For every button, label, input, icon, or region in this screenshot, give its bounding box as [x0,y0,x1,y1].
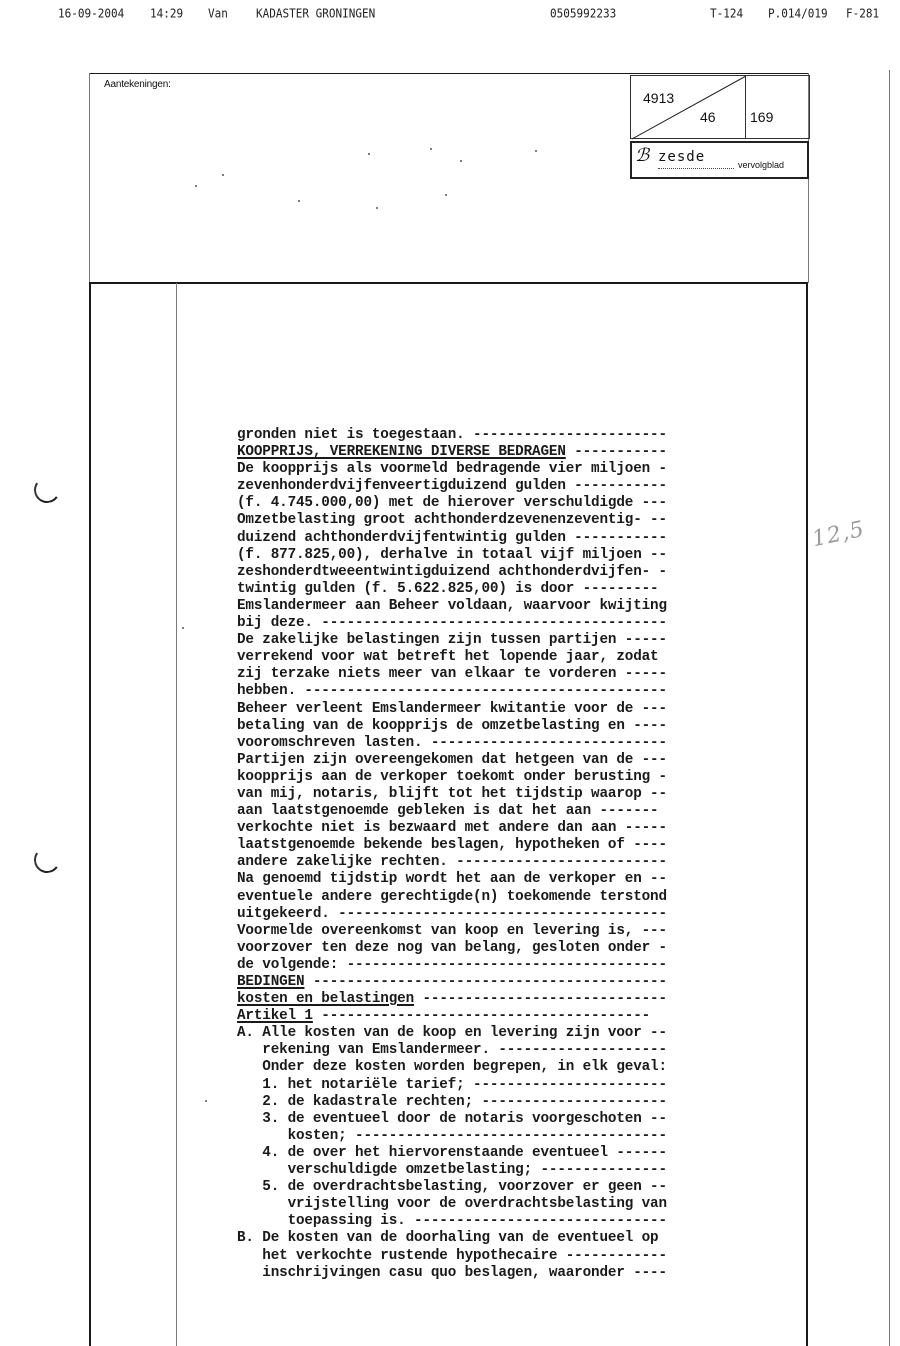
body-line: 3. de eventueel door de notaris voorgesc… [237,1111,767,1128]
body-line: Emslandermeer aan Beheer voldaan, waarvo… [237,598,767,615]
body-line: Omzetbelasting groot achthonderdzevenenz… [237,512,767,529]
fax-from-label: Van [208,6,228,21]
body-line: de volgende: ---------------------------… [237,957,767,974]
line-text: Na genoemd tijdstip wordt het aan de ver… [237,871,667,887]
body-line: verschuldigde omzetbelasting; ----------… [237,1162,767,1179]
sheet-suffix: vervolgblad [738,160,784,170]
body-line: van mij, notaris, blijft tot het tijdsti… [237,786,767,803]
line-text: Partijen zijn overeengekomen dat hetgeen… [237,752,667,768]
section-heading-line: KOOPPRIJS, VERREKENING DIVERSE BEDRAGEN … [237,444,767,461]
body-line: betaling van de koopprijs de omzetbelast… [237,718,767,735]
line-text: hebben. --------------------------------… [237,683,667,699]
fax-date: 16-09-2004 [58,6,124,21]
section-heading-line: BEDINGEN -------------------------------… [237,974,767,991]
scan-speckle [205,1100,207,1102]
body-line: B. De kosten van de doorhaling van de ev… [237,1230,767,1247]
fax-transmission-id: T-124 [710,6,743,21]
body-line: toepassing is. -------------------------… [237,1213,767,1230]
body-line: kosten; --------------------------------… [237,1128,767,1145]
deed-body-text: gronden niet is toegestaan. ------------… [237,427,767,1282]
body-line: verkochte niet is bezwaard met andere da… [237,820,767,837]
reference-box: 4913 46 169 ℬ zesde vervolgblad [630,75,810,179]
scan-speckle [430,148,432,150]
body-line: zij terzake niets meer van elkaar te vor… [237,666,767,683]
line-text: 2. de kadastrale rechten; --------------… [237,1094,667,1110]
fax-phone: 0505992233 [550,6,616,21]
line-text: duizend achthonderdvijfentwintig gulden … [237,530,667,546]
body-line: (f. 4.745.000,00) met de hierover versch… [237,495,767,512]
sheet-ordinal: zesde [658,149,705,165]
initials-mark: ℬ [635,145,649,166]
body-line: andere zakelijke rechten. --------------… [237,854,767,871]
body-line: Partijen zijn overeengekomen dat hetgeen… [237,752,767,769]
line-text: ----------------------------- [414,991,667,1007]
handwritten-margin-note: 12,5 [810,517,867,552]
body-line: zevenhonderdvijfenveertigduizend gulden … [237,478,767,495]
register-index-number: 169 [750,109,773,125]
register-number: 4913 [643,90,674,106]
body-line: 4. de over het hiervorenstaande eventuee… [237,1145,767,1162]
number-cell [746,75,810,139]
fax-page: P.014/019 [768,6,828,21]
line-text: (f. 4.745.000,00) met de hierover versch… [237,495,667,511]
line-text: kosten; --------------------------------… [237,1128,667,1144]
scan-speckle [368,153,370,155]
body-line: De zakelijke belastingen zijn tussen par… [237,632,767,649]
line-text: verrekend voor wat betreft het lopende j… [237,649,658,665]
punch-hole-mark [32,845,62,875]
body-line: laatstgenoemde bekende beslagen, hypothe… [237,837,767,854]
line-text: toepassing is. -------------------------… [237,1213,667,1229]
line-text: 4. de over het hiervorenstaande eventuee… [237,1145,667,1161]
fax-sender: KADASTER GRONINGEN [256,6,375,21]
fax-header: 16-09-2004 14:29 Van KADASTER GRONINGEN … [0,6,900,27]
line-text: (f. 877.825,00), derhalve in totaal vijf… [237,547,667,563]
body-line: 2. de kadastrale rechten; --------------… [237,1094,767,1111]
body-line: hebben. --------------------------------… [237,683,767,700]
frame-right-line [806,283,808,1346]
body-line: Onder deze kosten worden begrepen, in el… [237,1059,767,1076]
line-text: voorzover ten deze nog van belang, geslo… [237,940,667,956]
body-line: 5. de overdrachtsbelasting, voorzover er… [237,1179,767,1196]
body-line: verrekend voor wat betreft het lopende j… [237,649,767,666]
body-line: voorzover ten deze nog van belang, geslo… [237,940,767,957]
line-text: de volgende: ---------------------------… [237,957,667,973]
line-text: Emslandermeer aan Beheer voldaan, waarvo… [237,598,667,614]
line-text: Omzetbelasting groot achthonderdzevenenz… [237,512,667,528]
section-heading-line: kosten en belastingen ------------------… [237,991,767,1008]
body-line: duizend achthonderdvijfentwintig gulden … [237,530,767,547]
punch-hole-mark [32,475,62,505]
frame-left-thick-line [89,283,91,1346]
scan-speckle [222,174,224,176]
scan-speckle [195,185,197,187]
body-line: twintig gulden (f. 5.622.825,00) is door… [237,581,767,598]
line-text: verschuldigde omzetbelasting; ----------… [237,1162,667,1178]
body-line: koopprijs aan de verkoper toekomt onder … [237,769,767,786]
fax-time: 14:29 [150,6,183,21]
line-text: De koopprijs als voormeld bedragende vie… [237,461,667,477]
line-text: van mij, notaris, blijft tot het tijdsti… [237,786,667,802]
line-text: A. Alle kosten van de koop en levering z… [237,1025,667,1041]
body-line: vooromschreven lasten. -----------------… [237,735,767,752]
line-text: ----------------------------------------… [304,974,666,990]
underlined-heading: KOOPPRIJS, VERREKENING DIVERSE BEDRAGEN [237,444,566,460]
line-text: bij deze. ------------------------------… [237,615,667,631]
frame-top-line [89,73,809,74]
body-line: Voormelde overeenkomst van koop en lever… [237,923,767,940]
scan-speckle [376,207,378,209]
underlined-heading: kosten en belastingen [237,991,414,1007]
underlined-heading: BEDINGEN [237,974,304,990]
line-text: Voormelde overeenkomst van koop en lever… [237,923,667,939]
scan-speckle [182,627,184,629]
line-text: betaling van de koopprijs de omzetbelast… [237,718,667,734]
line-text: --------------------------------------- [313,1008,650,1024]
line-text: het verkochte rustende hypothecaire ----… [237,1248,667,1264]
body-line: zeshonderdtweeentwintigduizend achthonde… [237,564,767,581]
line-text: uitgekeerd. ----------------------------… [237,906,667,922]
body-line: gronden niet is toegestaan. ------------… [237,427,767,444]
frame-inner-margin-line [176,283,177,1346]
line-text: rekening van Emslandermeer. ------------… [237,1042,667,1058]
line-text: zeshonderdtweeentwintigduizend achthonde… [237,564,667,580]
line-text: B. De kosten van de doorhaling van de ev… [237,1230,658,1246]
line-text: zevenhonderdvijfenveertigduizend gulden … [237,478,667,494]
body-line: het verkochte rustende hypothecaire ----… [237,1248,767,1265]
frame-notes-bottom-line [89,282,808,284]
diagonal-divider [630,75,746,141]
body-line: bij deze. ------------------------------… [237,615,767,632]
body-line: Na genoemd tijdstip wordt het aan de ver… [237,871,767,888]
body-line: (f. 877.825,00), derhalve in totaal vijf… [237,547,767,564]
line-text: gronden niet is toegestaan. ------------… [237,427,667,443]
register-part: 46 [700,109,716,125]
line-text: De zakelijke belastingen zijn tussen par… [237,632,667,648]
line-text: aan laatstgenoemde gebleken is dat het a… [237,803,658,819]
section-heading-line: Artikel 1 ------------------------------… [237,1008,767,1025]
body-line: aan laatstgenoemde gebleken is dat het a… [237,803,767,820]
body-line: uitgekeerd. ----------------------------… [237,906,767,923]
line-text: inschrijvingen casu quo beslagen, waaron… [237,1265,667,1281]
fax-form: F-281 [846,6,879,21]
line-text: 3. de eventueel door de notaris voorgesc… [237,1111,667,1127]
line-text: koopprijs aan de verkoper toekomt onder … [237,769,667,785]
scan-speckle [445,194,447,196]
line-text: Onder deze kosten worden begrepen, in el… [237,1059,667,1075]
body-line: De koopprijs als voormeld bedragende vie… [237,461,767,478]
line-text: laatstgenoemde bekende beslagen, hypothe… [237,837,667,853]
notes-label: Aantekeningen: [104,79,171,90]
line-text: zij terzake niets meer van elkaar te vor… [237,666,667,682]
body-line: A. Alle kosten van de koop en levering z… [237,1025,767,1042]
line-text: Beheer verleent Emslandermeer kwitantie … [237,701,667,717]
line-text: 1. het notariële tarief; ---------------… [237,1077,667,1093]
line-text: eventuele andere gerechtigde(n) toekomen… [237,889,667,905]
scan-speckle [460,160,462,162]
continuation-sheet-box: ℬ zesde vervolgblad [630,141,809,179]
body-line: 1. het notariële tarief; ---------------… [237,1077,767,1094]
sheet-ordinal-underline [658,168,734,169]
scan-speckle [535,150,537,152]
scan-speckle [298,200,300,202]
body-line: vrijstelling voor de overdrachtsbelastin… [237,1196,767,1213]
frame-far-right-line [889,70,890,1346]
body-line: rekening van Emslandermeer. ------------… [237,1042,767,1059]
line-text: vooromschreven lasten. -----------------… [237,735,667,751]
underlined-heading: Artikel 1 [237,1008,313,1024]
body-line: Beheer verleent Emslandermeer kwitantie … [237,701,767,718]
body-line: eventuele andere gerechtigde(n) toekomen… [237,889,767,906]
line-text: 5. de overdrachtsbelasting, voorzover er… [237,1179,667,1195]
line-text: verkochte niet is bezwaard met andere da… [237,820,667,836]
line-text: twintig gulden (f. 5.622.825,00) is door… [237,581,658,597]
body-line: inschrijvingen casu quo beslagen, waaron… [237,1265,767,1282]
line-text: andere zakelijke rechten. --------------… [237,854,667,870]
line-text: ----------- [566,444,667,460]
line-text: vrijstelling voor de overdrachtsbelastin… [237,1196,667,1212]
